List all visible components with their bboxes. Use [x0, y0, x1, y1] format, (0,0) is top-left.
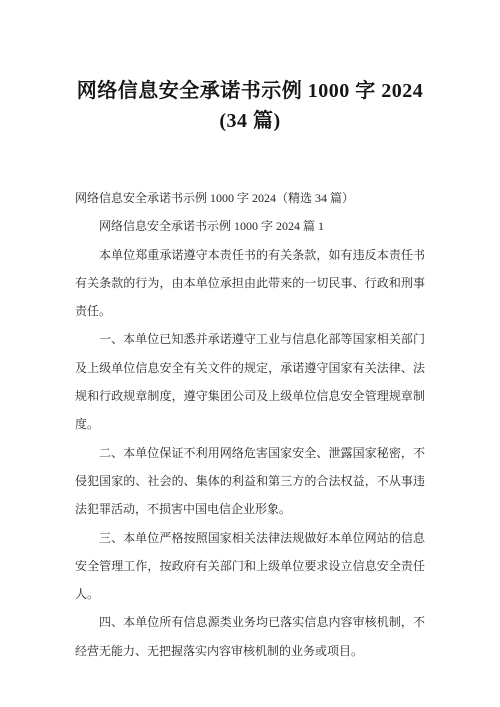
body-line: 网络信息安全承诺书示例 1000 字 2024 篇 1	[75, 212, 425, 240]
body-line: 法犯罪活动，不损害中国电信企业形象。	[75, 495, 425, 523]
body-line: 四、本单位所有信息源类业务均已落实信息内容审核机制，不	[75, 608, 425, 636]
document-page: 网络信息安全承诺书示例 1000 字 2024 (34 篇) 网络信息安全承诺书…	[0, 0, 500, 707]
body-line: 侵犯国家的、社会的、集体的利益和第三方的合法权益，不从事违	[75, 467, 425, 495]
body-line: 安全管理工作，按政府有关部门和上级单位要求设立信息安全责任	[75, 552, 425, 580]
body-line: 网络信息安全承诺书示例 1000 字 2024（精选 34 篇）	[75, 184, 425, 212]
body-line: 责任。	[75, 297, 425, 325]
body-line: 规和行政规章制度，遵守集团公司及上级单位信息安全管理规章制	[75, 382, 425, 410]
body-line: 及上级单位信息安全有关文件的规定，承诺遵守国家有关法律、法	[75, 354, 425, 382]
body-line: 本单位郑重承诺遵守本责任书的有关条款，如有违反本责任书	[75, 241, 425, 269]
body-line: 有关条款的行为，由本单位承担由此带来的一切民事、行政和刑事	[75, 269, 425, 297]
body-line: 度。	[75, 410, 425, 438]
document-body: 网络信息安全承诺书示例 1000 字 2024（精选 34 篇）网络信息安全承诺…	[0, 184, 500, 665]
body-line: 二、本单位保证不利用网络危害国家安全、泄露国家秘密，不	[75, 439, 425, 467]
document-title: 网络信息安全承诺书示例 1000 字 2024 (34 篇)	[0, 0, 500, 136]
document-title-line-2: (34 篇)	[0, 106, 500, 136]
body-line: 人。	[75, 580, 425, 608]
body-line: 经营无能力、无把握落实内容审核机制的业务或项目。	[75, 637, 425, 665]
body-line: 三、本单位严格按照国家相关法律法规做好本单位网站的信息	[75, 524, 425, 552]
document-title-line-1: 网络信息安全承诺书示例 1000 字 2024	[0, 76, 500, 106]
body-line: 一、本单位已知悉并承诺遵守工业与信息化部等国家相关部门	[75, 325, 425, 353]
